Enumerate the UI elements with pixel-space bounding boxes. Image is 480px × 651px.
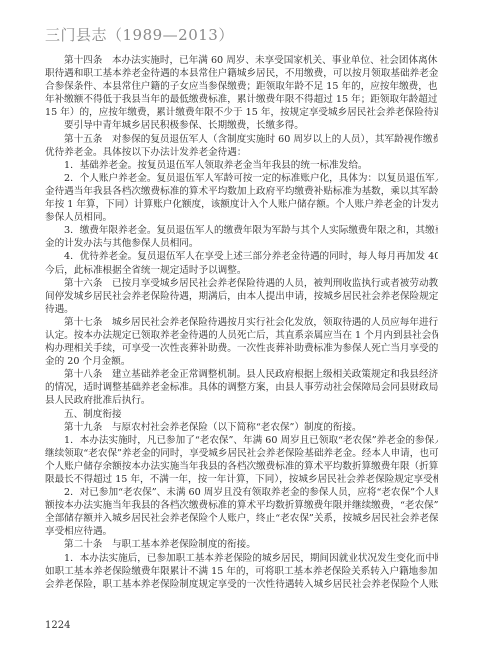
text-line: 认定。按本办法规定已领取养老金待遇的人员死亡后，其直系亲属应当在 1 个月内到县… <box>45 329 438 342</box>
text-line: 金的计发办法与其他参保人员相同。 <box>45 237 438 250</box>
text-line: 2．对已参加“老农保”、未满 60 周岁且没有领取养老金的参保人员，应将“老农保… <box>45 486 438 499</box>
text-line: 年补缴额不得低于我县当年的最低缴费标准，累计缴费年限不得超过 15 年；距领取年… <box>45 93 438 106</box>
text-line: 限最长不得超过 15 年，不满一年，按一年计算，下同），按城乡居民社会养老保险规… <box>45 473 438 486</box>
text-line: 4．优待养老金。复员退伍军人在享受上述三部分养老金待遇的同时，每人每月再加发 4… <box>45 250 438 263</box>
text-line: 额按本办法实施当年我县的各档次缴费标准的算术平均数折算缴费年限并继续缴费，“老农… <box>45 499 438 512</box>
text-line: 第十六条 已按月享受城乡居民社会养老保险待遇的人员，被判刑收监执行或者被劳动教养… <box>45 277 438 290</box>
text-line: 第十七条 城乡居民社会养老保险待遇按月实行社会化发放，领取待遇的人员应每年进行领… <box>45 316 438 329</box>
text-line: 1．本办法实施后，已参加职工基本养老保险的城乡居民，期间因就业状况发生变化而中断… <box>45 552 438 565</box>
text-line: 第十五条 对参保的复员退伍军人（含制度实施时 60 周岁以上的人员），其军龄视作… <box>45 133 438 146</box>
text-line: 如职工基本养老保险缴费年限累计不满 15 年的，可将职工基本养老保险关系转入户籍… <box>45 565 438 578</box>
text-line: 第十九条 与原农村社会养老保险（以下简称“老农保”）制度的衔接。 <box>45 421 438 434</box>
text-line: 1．基础养老金。按复员退伍军人领取养老金当年我县的统一标准发给。 <box>45 159 438 172</box>
text-line: 要引导中青年城乡居民积极参保、长期缴费，长缴多得。 <box>45 119 438 132</box>
text-line: 15 年）的，应按年缴费，累计缴费年限不少于 15 年，按规定享受城乡居民社会养… <box>45 106 438 119</box>
text-line: 优待养老金。具体按以下办法计发养老金待遇： <box>45 146 438 159</box>
text-line: 继续领取“老农保”养老金的同时，享受城乡居民社会养老保险基础养老金。经本人申请，… <box>45 447 438 460</box>
text-line: 的情况，适时调整基础养老金标准。具体的调整方案，由县人事劳动社会保障局会同县财政… <box>45 381 438 394</box>
text-line: 参保人员相同。 <box>45 211 438 224</box>
text-line: 会养老保险，职工基本养老保险制度规定享受的一次性待遇转入城乡居民社会养老保险个人… <box>45 578 438 591</box>
text-line: 第二十条 与职工基本养老保险制度的衔接。 <box>45 538 438 551</box>
text-line: 第十八条 建立基础养老金正常调整机制。县人民政府根据上级相关政策规定和我县经济社… <box>45 368 438 381</box>
text-line: 金的 20 个月金额。 <box>45 355 438 368</box>
text-line: 3．缴费年限养老金。复员退伍军人的缴费年限为军龄与其个人实际缴费年限之和，其缴费… <box>45 224 438 237</box>
text-line: 享受相应待遇。 <box>45 525 438 538</box>
text-line: 1．本办法实施时，凡已参加了“老农保”、年满 60 周岁且已领取“老农保”养老金… <box>45 434 438 447</box>
text-line: 第十四条 本办法实施时，已年满 60 周岁、未享受国家机关、事业单位、社会团体离… <box>45 54 438 67</box>
running-header-title: 三门县志（1989—2013） <box>45 24 234 45</box>
article-body: 第十四条 本办法实施时，已年满 60 周岁、未享受国家机关、事业单位、社会团体离… <box>45 54 438 591</box>
text-line: 今后，此标准根据全省统一规定适时予以调整。 <box>45 264 438 277</box>
text-line: 间停发城乡居民社会养老保险待遇，期满后，由本人提出申请，按城乡居民社会养老保险规… <box>45 290 438 303</box>
text-line: 待遇。 <box>45 303 438 316</box>
text-line: 县人民政府批准后执行。 <box>45 394 438 407</box>
text-line: 合参保条件、本县常住户籍的子女应当参保缴费；距领取年龄不足 15 年的，应按年缴… <box>45 80 438 93</box>
text-line: 五、制度衔接 <box>45 408 438 421</box>
text-line: 2．个人账户养老金。复员退伍军人军龄可按一定的标准账户化，具体为：以复员退伍军人… <box>45 172 438 185</box>
text-line: 全部储存额并入城乡居民社会养老保险个人账户，终止“老农保”关系，按城乡居民社会养… <box>45 512 438 525</box>
text-line: 金待遇当年我县各档次缴费标准的算术平均数加上政府平均缴费补贴标准为基数，乘以其军… <box>45 185 438 198</box>
page-number: 1224 <box>45 620 70 631</box>
text-line: 年按 1 年算，下同）计算账户化额度，该额度计入个人账户储存额。个人账户养老金的… <box>45 198 438 211</box>
text-line: 个人账户储存余额按本办法实施当年我县的各档次缴费标准的算术平均数折算缴费年限（折… <box>45 460 438 473</box>
text-line: 职待遇和职工基本养老金待遇的本县常住户籍城乡居民，不用缴费，可以按月领取基础养老… <box>45 67 438 80</box>
text-line: 构办理相关手续，可享受一次性丧葬补助费。一次性丧葬补助费标准为参保人死亡当月享受… <box>45 342 438 355</box>
